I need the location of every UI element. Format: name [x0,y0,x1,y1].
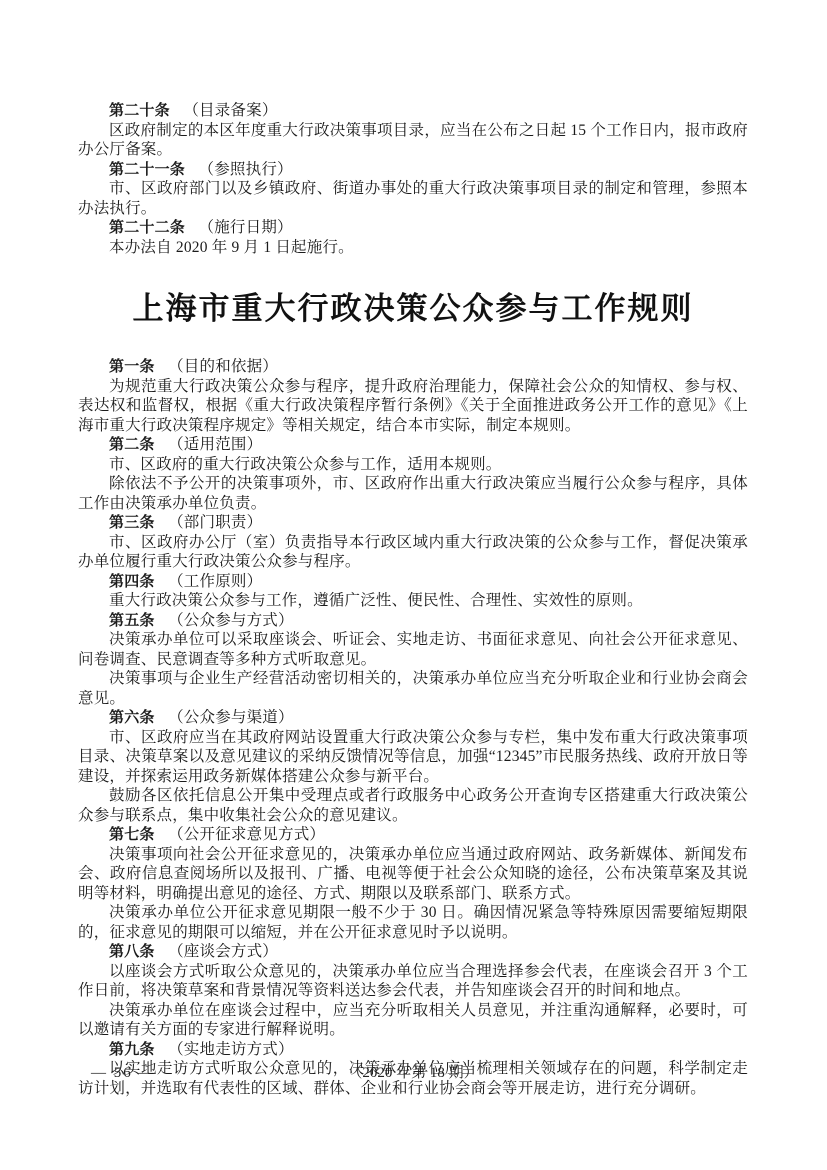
paragraph: 决策事项与企业生产经营活动密切相关的，决策承办单位应当充分听取企业和行业协会商会… [78,669,748,708]
paragraph: 重大行政决策公众参与工作，遵循广泛性、便民性、合理性、实效性的原则。 [78,591,748,611]
article-heading: 第二十条（目录备案） [78,101,748,121]
article-number: 第三条 [109,514,168,531]
article-number: 第八条 [109,943,168,960]
document-title: 上海市重大行政决策公众参与工作规则 [78,292,748,326]
article-label: （公众参与渠道） [168,709,294,726]
paragraph: 决策事项向社会公开征求意见的，决策承办单位应当通过政府网站、政务新媒体、新闻发布… [78,845,748,904]
article-heading: 第二十一条（参照执行） [78,160,748,180]
paragraph: 本办法自 2020 年 9 月 1 日起施行。 [78,238,748,258]
paragraph: 市、区政府办公厅（室）负责指导本行政区域内重大行政决策的公众参与工作，督促决策承… [78,533,748,572]
page-footer: — 56 — （2020 年第 18 期） [78,1063,748,1085]
article-label: （实地走访方式） [168,1041,294,1058]
paragraph: 决策承办单位在座谈会过程中，应当充分听取相关人员意见，并注重沟通解释，必要时，可… [78,1001,748,1040]
article-number: 第五条 [109,612,168,629]
article-heading: 第九条（实地走访方式） [78,1040,748,1060]
article-heading: 第一条（目的和依据） [78,357,748,377]
paragraph: 市、区政府的重大行政决策公众参与工作，适用本规则。 [78,455,748,475]
article-number: 第七条 [109,826,168,843]
paragraph: 市、区政府部门以及乡镇政府、街道办事处的重大行政决策事项目录的制定和管理，参照本… [78,179,748,218]
article-number: 第六条 [109,709,168,726]
article-label: （公众参与方式） [168,612,294,629]
article-label: （部门职责） [168,514,262,531]
document-content: 第二十条（目录备案）区政府制定的本区年度重大行政决策事项目录，应当在公布之日起 … [78,101,748,1098]
article-number: 第一条 [109,358,168,375]
article-label: （施行日期） [199,219,293,236]
paragraph: 决策承办单位可以采取座谈会、听证会、实地走访、书面征求意见、向社会公开征求意见、… [78,630,748,669]
article-heading: 第二十二条（施行日期） [78,218,748,238]
article-label: （适用范围） [168,436,262,453]
article-label: （座谈会方式） [168,943,278,960]
article-label: （工作原则） [168,573,262,590]
article-label: （公开征求意见方式） [168,826,325,843]
article-label: （参照执行） [199,161,293,178]
paragraph: 区政府制定的本区年度重大行政决策事项目录，应当在公布之日起 15 个工作日内，报… [78,121,748,160]
paragraph: 市、区政府应当在其政府网站设置重大行政决策公众参与专栏，集中发布重大行政决策事项… [78,728,748,787]
paragraph: 以座谈会方式听取公众意见的，决策承办单位应当合理选择参会代表，在座谈会召开 3 … [78,962,748,1001]
article-heading: 第二条（适用范围） [78,435,748,455]
article-heading: 第六条（公众参与渠道） [78,708,748,728]
article-heading: 第三条（部门职责） [78,513,748,533]
main-regulation-section: 第一条（目的和依据）为规范重大行政决策公众参与程序，提升政府治理能力，保障社会公… [78,357,748,1098]
article-number: 第二条 [109,436,168,453]
article-number: 第二十条 [109,102,183,119]
paragraph: 除依法不予公开的决策事项外，市、区政府作出重大行政决策应当履行公众参与程序，具体… [78,474,748,513]
article-heading: 第八条（座谈会方式） [78,942,748,962]
article-label: （目的和依据） [168,358,278,375]
article-number: 第二十二条 [109,219,199,236]
paragraph: 决策承办单位公开征求意见期限一般不少于 30 日。确因情况紧急等特殊原因需要缩短… [78,903,748,942]
article-heading: 第七条（公开征求意见方式） [78,825,748,845]
issue-label: （2020 年第 18 期） [78,1063,748,1083]
article-number: 第九条 [109,1041,168,1058]
article-number: 第四条 [109,573,168,590]
document-page: 第二十条（目录备案）区政府制定的本区年度重大行政决策事项目录，应当在公布之日起 … [0,0,827,1170]
paragraph: 鼓励各区依托信息公开集中受理点或者行政服务中心政务公开查询专区搭建重大行政决策公… [78,786,748,825]
previous-regulation-tail-section: 第二十条（目录备案）区政府制定的本区年度重大行政决策事项目录，应当在公布之日起 … [78,101,748,257]
article-heading: 第四条（工作原则） [78,572,748,592]
article-heading: 第五条（公众参与方式） [78,611,748,631]
article-label: （目录备案） [183,102,277,119]
paragraph: 为规范重大行政决策公众参与程序，提升政府治理能力，保障社会公众的知情权、参与权、… [78,377,748,436]
article-number: 第二十一条 [109,161,199,178]
